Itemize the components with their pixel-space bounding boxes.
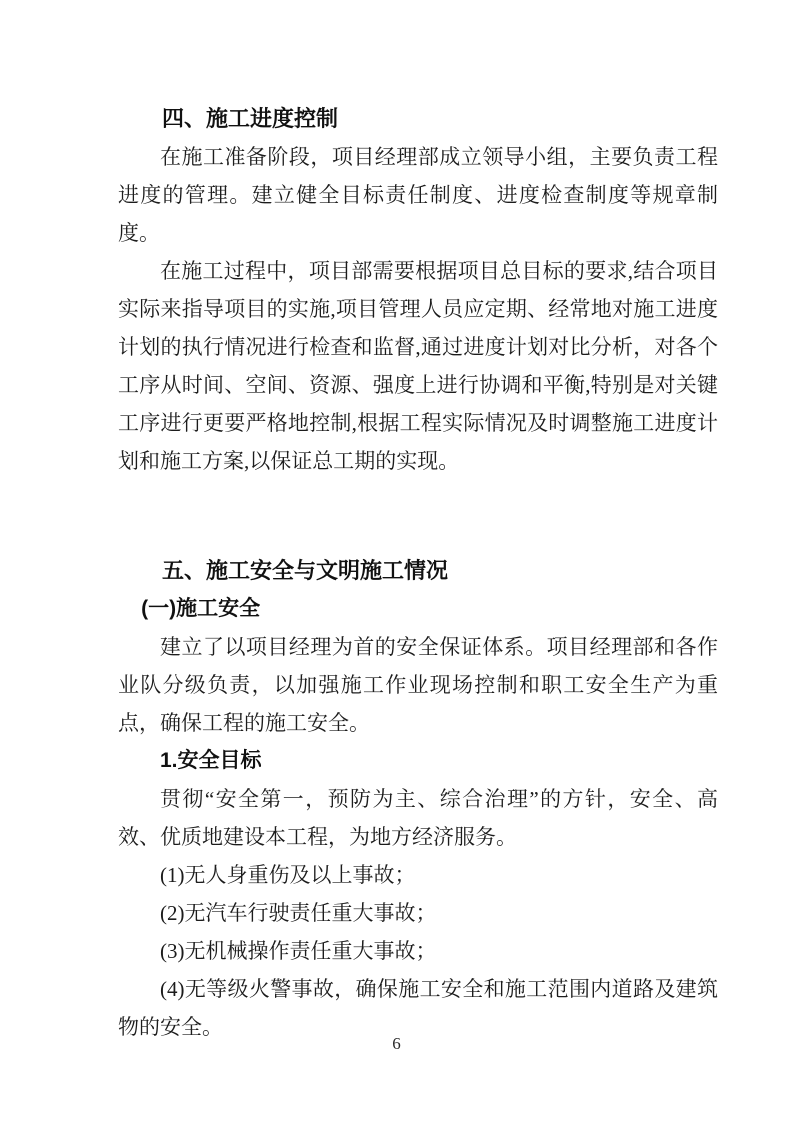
section-5-sub-1-heading: (一)施工安全 (118, 590, 718, 628)
section-5-sub-1-paragraph: 建立了以项目经理为首的安全保证体系。项目经理部和各作业队分级负责，以加强施工作业… (118, 628, 718, 742)
section-5-sub-2-heading: 1.安全目标 (118, 742, 718, 780)
page-number: 6 (0, 1034, 793, 1054)
section-5-sub-2-paragraph: 贯彻“安全第一，预防为主、综合治理”的方针，安全、高效、优质地建设本工程，为地方… (118, 780, 718, 856)
safety-goal-item-1: (1)无人身重伤及以上事故； (118, 856, 718, 894)
section-4-heading: 四、施工进度控制 (118, 100, 718, 138)
section-5-heading: 五、施工安全与文明施工情况 (118, 552, 718, 590)
section-4-paragraph-2: 在施工过程中，项目部需要根据项目总目标的要求,结合项目实际来指导项目的实施,项目… (118, 252, 718, 480)
safety-goal-item-3: (3)无机械操作责任重大事故； (118, 932, 718, 970)
document-page: 四、施工进度控制 在施工准备阶段，项目经理部成立领导小组，主要负责工程进度的管理… (0, 0, 793, 1122)
safety-goal-item-2: (2)无汽车行驶责任重大事故； (118, 894, 718, 932)
document-content: 四、施工进度控制 在施工准备阶段，项目经理部成立领导小组，主要负责工程进度的管理… (118, 100, 718, 1046)
section-4-paragraph-1: 在施工准备阶段，项目经理部成立领导小组，主要负责工程进度的管理。建立健全目标责任… (118, 138, 718, 252)
